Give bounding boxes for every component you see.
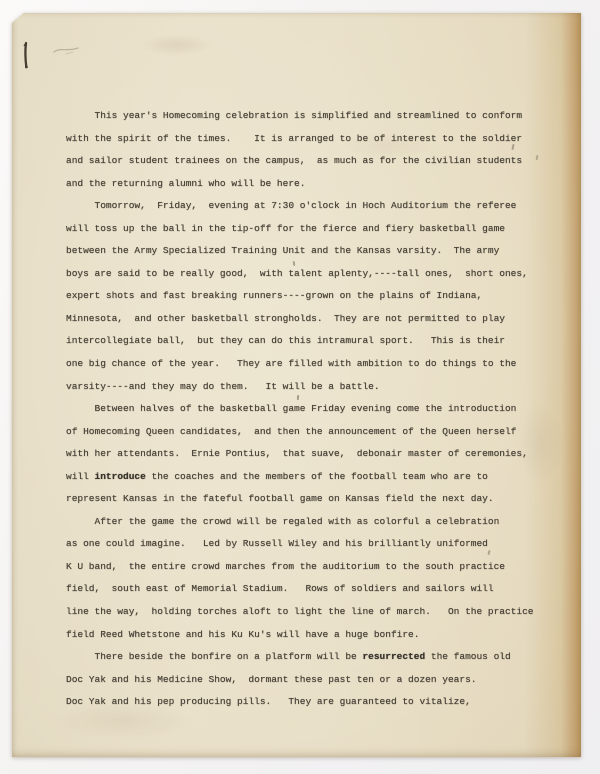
paper-sheet: This year's Homecoming celebration is si… [12, 13, 581, 757]
text-line: Tomorrow, Friday, evening at 7:30 o'cloc… [66, 195, 533, 218]
text-line: Doc Yak and his pep producing pills. The… [66, 691, 533, 714]
text-line: K U band, the entire crowd marches from … [66, 556, 533, 579]
text-line: with the spirit of the times. It is arra… [66, 128, 533, 151]
handwritten-page-number-mark [20, 40, 34, 74]
text-line: There beside the bonfire on a platform w… [66, 646, 533, 669]
text-line: This year's Homecoming celebration is si… [66, 105, 533, 128]
text-line: boys are said to be really good, with ta… [66, 263, 533, 286]
text-line: one big chance of the year. They are fil… [66, 353, 533, 376]
text-line: line the way, holding torches aloft to l… [66, 601, 533, 624]
text-line: expert shots and fast breaking runners--… [66, 285, 533, 308]
text-line: field, south east of Memorial Stadium. R… [66, 578, 533, 601]
text-line: varsity----and they may do them. It will… [66, 376, 533, 399]
text-line: with her attendants. Ernie Pontius, that… [66, 443, 533, 466]
text-line: Minnesota, and other basketball strongho… [66, 308, 533, 331]
text-line: represent Kansas in the fateful football… [66, 488, 533, 511]
text-line: between the Army Specialized Training Un… [66, 240, 533, 263]
text-line: will introduce the coaches and the membe… [66, 466, 533, 489]
ink-speck [536, 155, 539, 160]
text-line: Between halves of the basketball game Fr… [66, 398, 533, 421]
text-line: intercollegiate ball, but they can do th… [66, 330, 533, 353]
text-line: Doc Yak and his Medicine Show, dormant t… [66, 669, 533, 692]
text-line: and sailor student trainees on the campu… [66, 150, 533, 173]
typed-text: This year's Homecoming celebration is si… [66, 105, 533, 714]
text-line: as one could imagine. Led by Russell Wil… [66, 533, 533, 556]
text-line: field Reed Whetstone and his Ku Ku's wil… [66, 624, 533, 647]
text-line: and the returning alumni who will be her… [66, 173, 533, 196]
scan-background: { "document": { "handwritten_page_number… [0, 0, 600, 774]
paper-sheet-wrap: This year's Homecoming celebration is si… [12, 13, 581, 757]
text-line: will toss up the ball in the tip-off for… [66, 218, 533, 241]
text-line: After the game the crowd will be regaled… [66, 511, 533, 534]
paper-stain [142, 35, 212, 55]
text-line: of Homecoming Queen candidates, and then… [66, 421, 533, 444]
pencil-smudge [52, 43, 86, 59]
